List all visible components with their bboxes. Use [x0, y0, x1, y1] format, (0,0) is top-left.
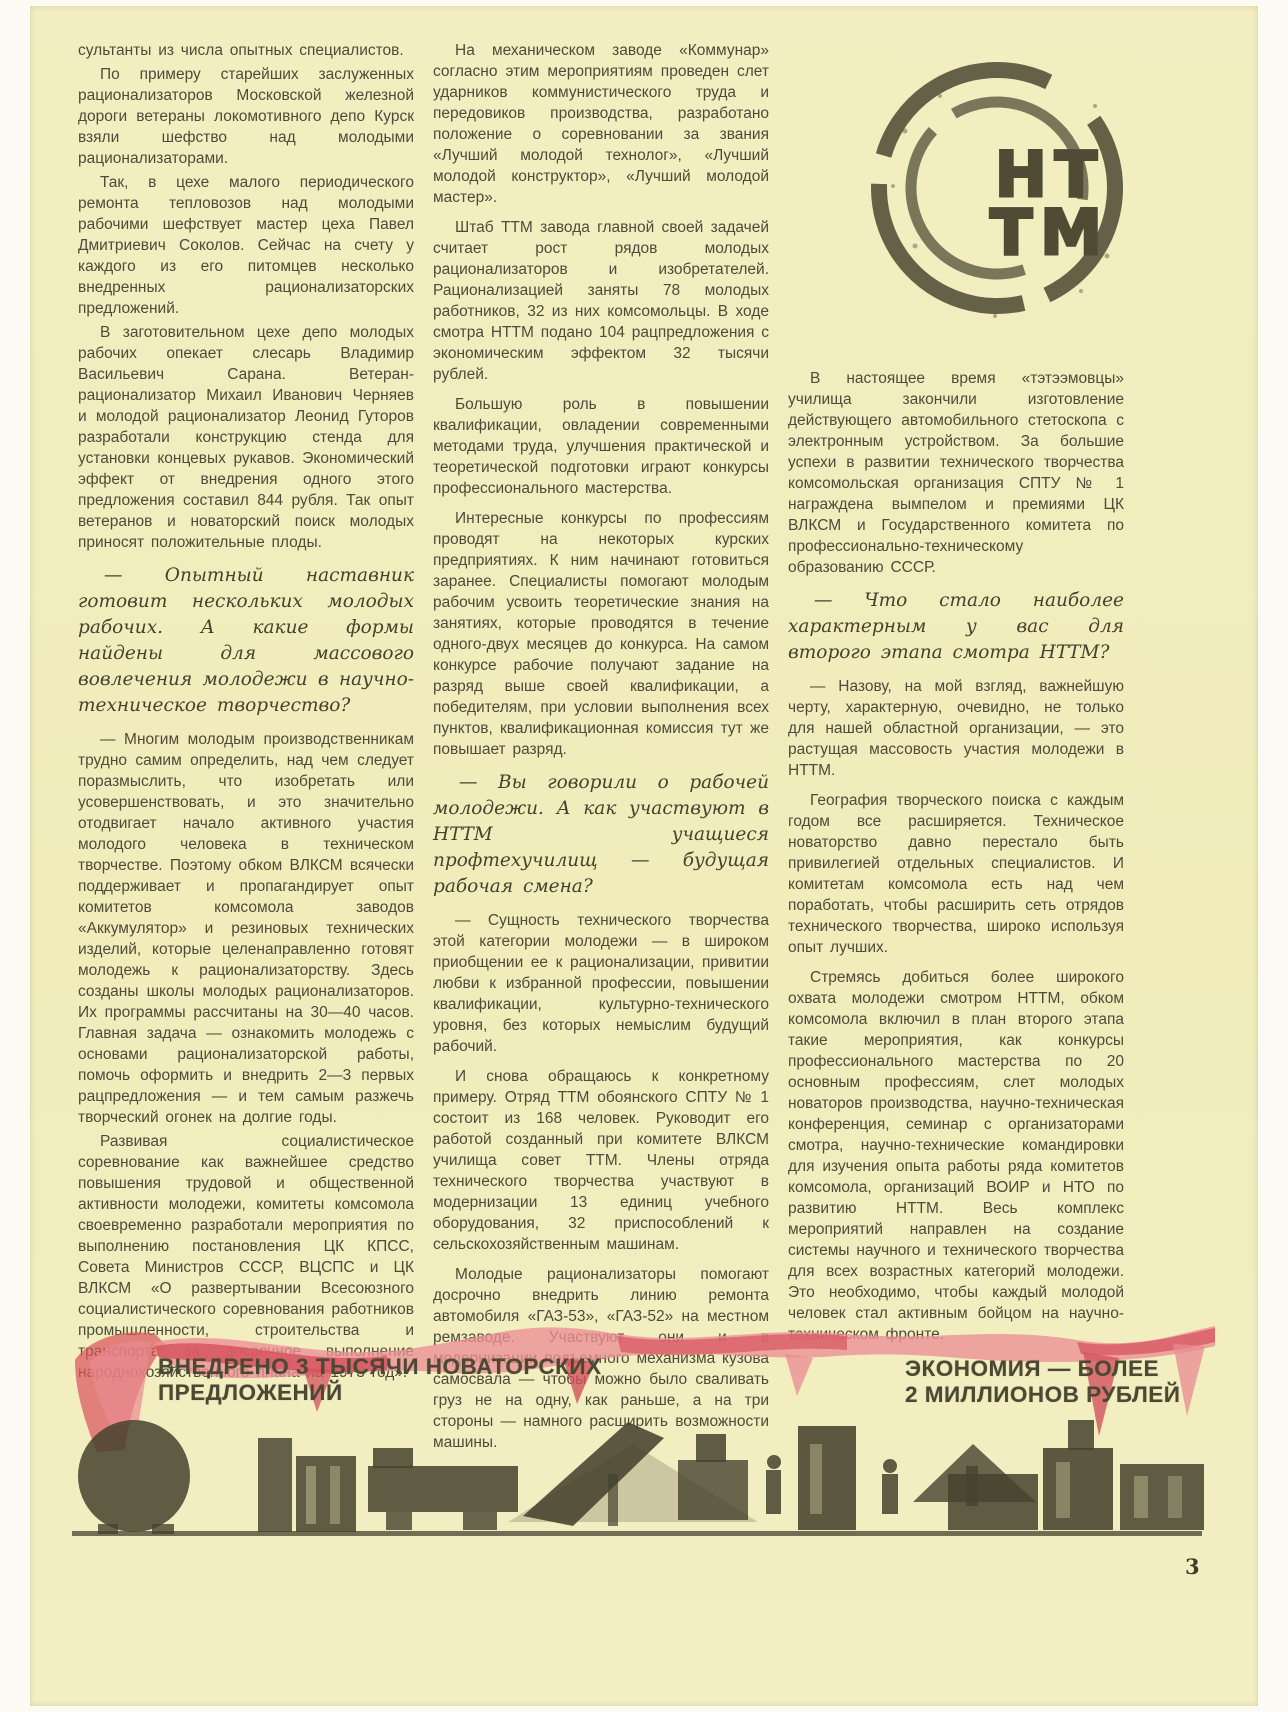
paragraph: Большую роль в повышении квалификации, о… — [433, 394, 769, 499]
paragraph: На механическом заводе «Коммунар» соглас… — [433, 40, 769, 208]
banner-slogan-left: ВНЕДРЕНО 3 ТЫСЯЧИ НОВАТОРСКИХ ПРЕДЛОЖЕНИ… — [158, 1354, 602, 1406]
text-column-1: сультанты из числа опытных специалистов.… — [78, 40, 414, 1386]
paragraph: В заготовительном цехе депо молодых рабо… — [78, 322, 414, 553]
paragraph: И снова обращаюсь к конкретному примеру.… — [433, 1066, 769, 1255]
paragraph: — Многим молодым производственникам труд… — [78, 729, 414, 1128]
paragraph: сультанты из числа опытных специалистов. — [78, 40, 414, 61]
banner-slogan-right: ЭКОНОМИЯ — БОЛЕЕ 2 МИЛЛИОНОВ РУБЛЕЙ — [905, 1356, 1180, 1408]
banner-slogan-left-line1: ВНЕДРЕНО 3 ТЫСЯЧИ НОВАТОРСКИХ — [158, 1354, 602, 1380]
nttm-emblem-icon: НТ ТМ — [845, 36, 1165, 340]
paragraph: Так, в цехе малого периодического ремонт… — [78, 172, 414, 319]
paragraph: — Сущность технического творчества этой … — [433, 910, 769, 1057]
paragraph: Штаб ТТМ завода главной своей задачей сч… — [433, 217, 769, 385]
paragraph: География творческого поиска с каждым го… — [788, 790, 1124, 958]
magazine-page: сультанты из числа опытных специалистов.… — [30, 6, 1258, 1706]
nttm-monogram-bottom: ТМ — [990, 196, 1110, 269]
interview-question: — Вы говорили о рабочей молодежи. А как … — [433, 770, 769, 900]
paragraph: Стремясь добиться более широкого охвата … — [788, 967, 1124, 1345]
paragraph: По примеру старейших заслуженных рациона… — [78, 64, 414, 169]
paragraph: Интересные конкурсы по профессиям провод… — [433, 508, 769, 760]
text-column-2: На механическом заводе «Коммунар» соглас… — [433, 40, 769, 1462]
machinery-illustration — [68, 1404, 1210, 1554]
paragraph: — Назову, на мой взгляд, важнейшую черту… — [788, 676, 1124, 781]
interview-question: — Опытный наставник готовит нескольких м… — [78, 563, 414, 719]
paragraph: В настоящее время «тэтээмовцы» училища з… — [788, 368, 1124, 578]
page-number: 3 — [1185, 1554, 1200, 1579]
banner-slogan-right-line1: ЭКОНОМИЯ — БОЛЕЕ — [905, 1356, 1180, 1382]
text-column-3: В настоящее время «тэтээмовцы» училища з… — [788, 368, 1124, 1354]
banner-slogan-left-line2: ПРЕДЛОЖЕНИЙ — [158, 1380, 602, 1406]
interview-question: — Что стало наиболее характерным у вас д… — [788, 588, 1124, 666]
